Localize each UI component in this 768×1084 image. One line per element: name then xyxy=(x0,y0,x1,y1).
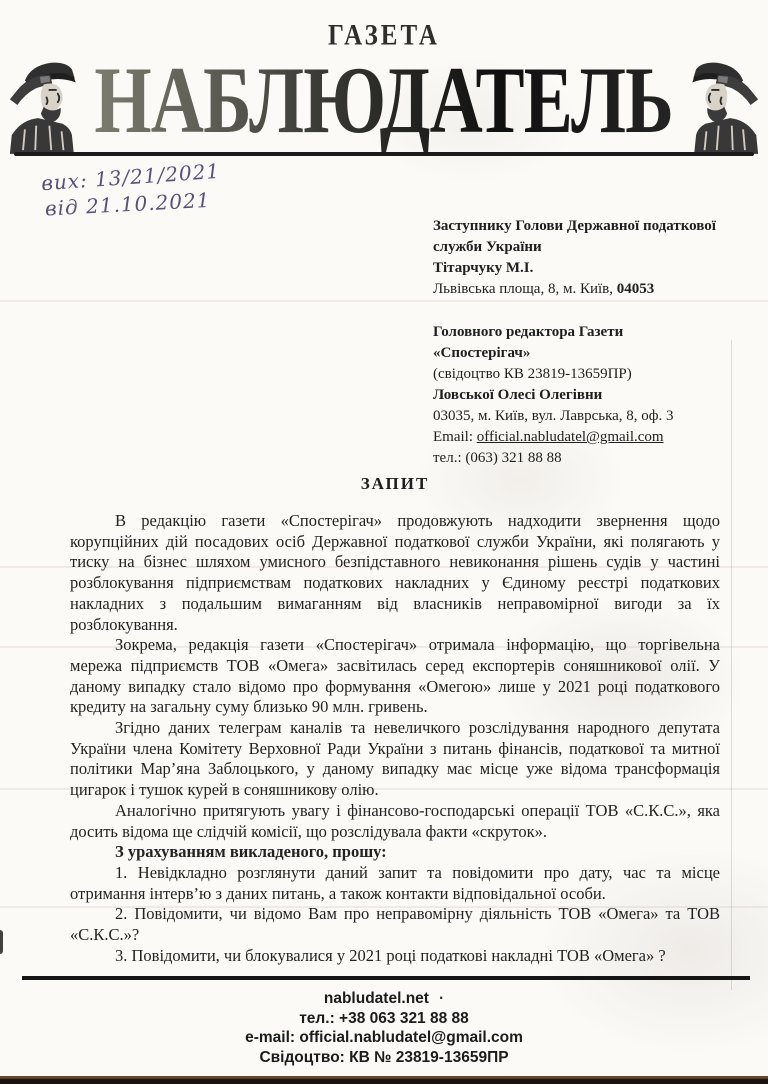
scan-bottom-edge xyxy=(0,1076,768,1084)
letter-paragraph: Зокрема, редакція газети «Спостерігач» о… xyxy=(70,635,720,718)
recipient-block: Заступнику Голови Державної податкової с… xyxy=(433,216,733,300)
recipient-title-line: служби України xyxy=(433,237,733,258)
masthead-kicker: ГАЗЕТА xyxy=(0,22,768,50)
letter-request-intro: З урахуванням викладеного, прошу: xyxy=(70,842,720,863)
scan-edge-mark xyxy=(0,930,3,954)
sender-phone: тел.: (063) 321 88 88 xyxy=(433,448,733,469)
masthead-title-text: НАБЛЮДАТЕЛЬ xyxy=(95,48,674,152)
recipient-zip: 04053 xyxy=(617,281,655,297)
footer-block: nabludatel.net· тел.: +38 063 321 88 88 … xyxy=(0,989,768,1067)
sender-email-label: Email: xyxy=(433,429,477,445)
sender-newspaper-name: «Спостерігач» xyxy=(433,343,733,364)
recipient-address: Львівська площа, 8, м. Київ, 04053 xyxy=(433,279,733,300)
observer-engraving-left xyxy=(8,56,102,154)
footer-website-line: nabludatel.net· xyxy=(0,989,768,1009)
letter-paragraph: Аналогічно притягують увагу і фінансово-… xyxy=(70,801,720,842)
letter-request-item: 3. Повідомити, чи блокувалися у 2021 роц… xyxy=(70,946,720,967)
sender-role-line: Головного редактора Газети xyxy=(433,322,733,343)
masthead-title: НАБЛЮДАТЕЛЬ xyxy=(0,48,768,148)
sender-email-line: Email: official.nabludatel@gmail.com xyxy=(433,427,733,448)
scan-streak xyxy=(0,300,768,302)
recipient-address-text: Львівська площа, 8, м. Київ, xyxy=(433,281,617,297)
sender-address: 03035, м. Київ, вул. Лаврська, 8, оф. 3 xyxy=(433,406,733,427)
footer-divider xyxy=(22,976,750,980)
scanned-letter-page: ГАЗЕТА НАБЛЮДАТЕЛЬ вих: 13/21/2021 від 2… xyxy=(0,0,768,1084)
footer-dot: · xyxy=(429,990,444,1007)
letter-request-item: 1. Невідкладно розглянути даний запит та… xyxy=(70,863,720,904)
sender-block: Головного редактора Газети «Спостерігач»… xyxy=(433,322,733,469)
letter-paragraph: В редакцію газети «Спостерігач» продовжу… xyxy=(70,511,720,635)
footer-phone: тел.: +38 063 321 88 88 xyxy=(0,1009,768,1029)
observer-engraving-right xyxy=(666,56,760,154)
recipient-name: Тітарчуку М.І. xyxy=(433,258,733,279)
sender-name: Ловської Олесі Олегівни xyxy=(433,385,733,406)
letter-body: В редакцію газети «Спостерігач» продовжу… xyxy=(70,511,720,966)
recipient-title-line: Заступнику Голови Державної податкової xyxy=(433,216,733,237)
footer-website: nabludatel.net xyxy=(324,990,429,1007)
masthead-divider xyxy=(14,152,754,156)
letter-title: ЗАПИТ xyxy=(70,474,720,494)
sender-certificate: (свідоцтво КВ 23819-13659ПР) xyxy=(433,364,733,385)
handwritten-registry-note: вих: 13/21/2021 від 21.10.2021 xyxy=(40,158,223,224)
sender-email-link[interactable]: official.nabludatel@gmail.com xyxy=(477,429,664,445)
footer-certificate: Свідоцтво: КВ № 23819-13659ПР xyxy=(0,1048,768,1068)
letter-paragraph: Згідно даних телеграм каналів та невелич… xyxy=(70,718,720,801)
footer-email: e-mail: official.nabludatel@gmail.com xyxy=(0,1028,768,1048)
letter-request-item: 2. Повідомити, чи відомо Вам про неправо… xyxy=(70,904,720,945)
